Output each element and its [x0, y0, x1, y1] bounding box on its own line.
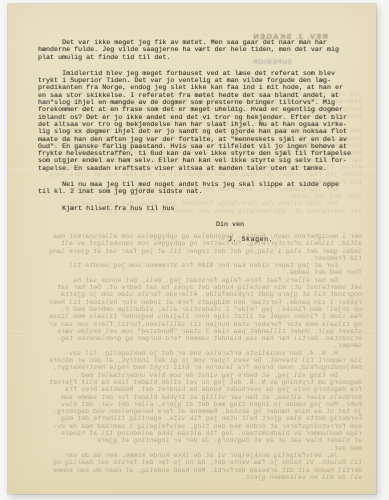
bleedthrough-lower-text: her i menighetens navn; Gudstj. begyndel… [30, 234, 362, 482]
letter-signoff: Din ven [38, 222, 370, 229]
scanned-letter-page: REV. J. SKAGEN SUPERIOR jeg skal hilse f… [0, 0, 389, 500]
letter-paper: REV. J. SKAGEN SUPERIOR jeg skal hilse f… [8, 4, 376, 494]
letter-paragraph-1: Det var ikke meget jeg fik av møtet. Men… [38, 40, 370, 62]
letter-closing: Kjært hilset fra hus til hus [38, 206, 370, 213]
letter-paragraph-2: Imidlertid blev jeg meget forbauset ved … [38, 71, 370, 173]
letter-paragraph-3: Nei nu maa jeg til med noget andet hvis … [38, 182, 370, 197]
letter-signature: J. Skagen. [38, 237, 370, 244]
fold-crease [8, 334, 376, 336]
letter-body: Det var ikke meget jeg fik av møtet. Men… [38, 40, 370, 245]
